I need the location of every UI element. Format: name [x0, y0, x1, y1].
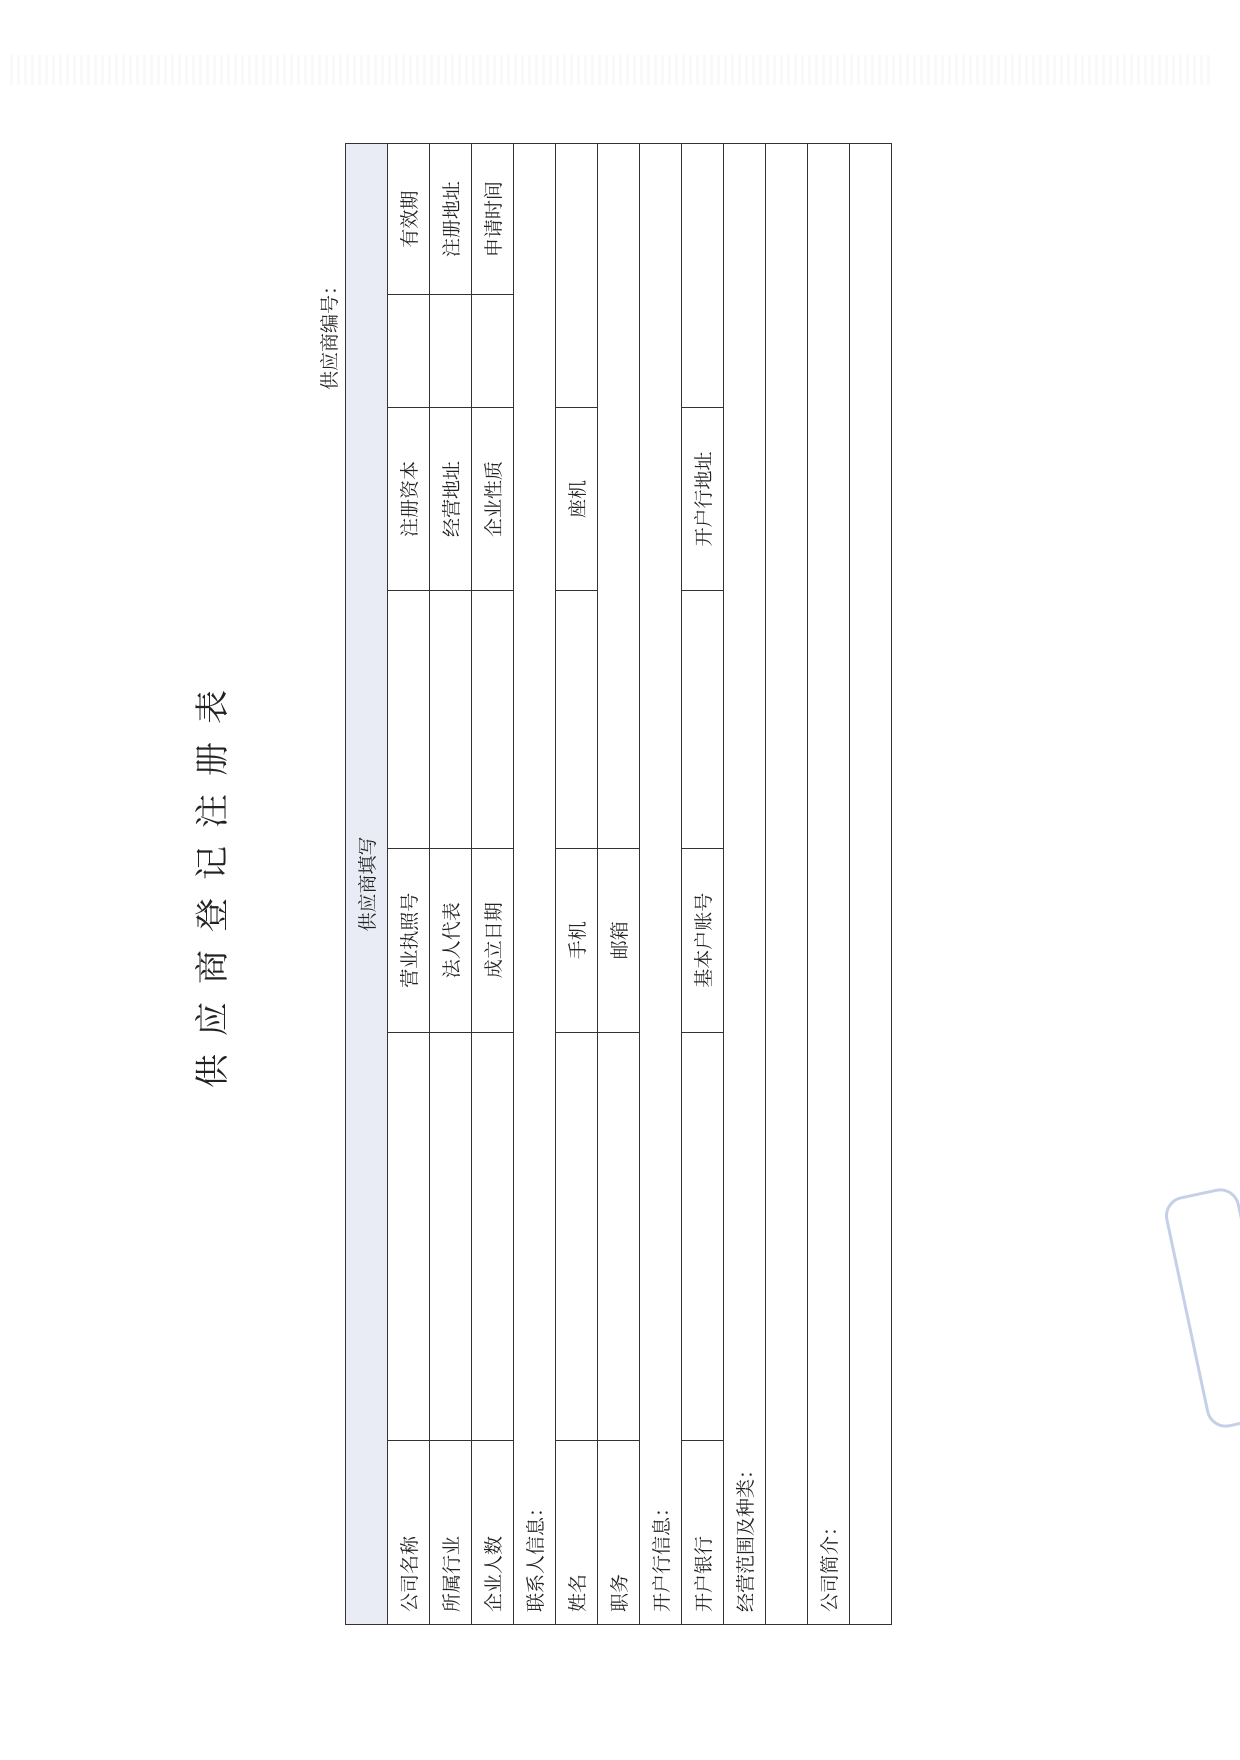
- table-row: [850, 144, 892, 1625]
- legal-rep-field[interactable]: [430, 591, 472, 849]
- label-company-name: 公司名称: [388, 1441, 430, 1625]
- registration-form-table: 供应商填写 公司名称 营业执照号 注册资本 有效期 所属行业 法人代表 经营地址…: [345, 143, 892, 1625]
- table-row: [766, 144, 808, 1625]
- position-field[interactable]: [598, 1032, 640, 1441]
- table-row: 公司简介：: [808, 144, 850, 1625]
- label-account-no: 基本户账号: [682, 848, 724, 1032]
- label-bank: 开户银行: [682, 1441, 724, 1625]
- account-no-field[interactable]: [682, 591, 724, 849]
- founded-date-field[interactable]: [472, 591, 514, 849]
- table-row: 姓名 手机 座机: [556, 144, 598, 1625]
- label-valid-period: 有效期: [388, 144, 430, 295]
- label-bank-address: 开户行地址: [682, 407, 724, 591]
- table-row: 企业人数 成立日期 企业性质 申请时间: [472, 144, 514, 1625]
- bank-section-label: 开户行信息：: [640, 144, 682, 1625]
- company-intro-label: 公司简介：: [808, 144, 850, 1625]
- business-scope-label: 经营范围及种类：: [724, 144, 766, 1625]
- biz-address-field[interactable]: [430, 295, 472, 408]
- table-row: 所属行业 法人代表 经营地址 注册地址: [430, 144, 472, 1625]
- label-mobile: 手机: [556, 848, 598, 1032]
- label-license-no: 营业执照号: [388, 848, 430, 1032]
- label-apply-time: 申请时间: [472, 144, 514, 295]
- label-reg-capital: 注册资本: [388, 407, 430, 591]
- bank-address-field[interactable]: [682, 144, 724, 408]
- table-row: 经营范围及种类：: [724, 144, 766, 1625]
- label-position: 职务: [598, 1441, 640, 1625]
- reg-capital-field[interactable]: [388, 295, 430, 408]
- table-row: 开户银行 基本户账号 开户行地址: [682, 144, 724, 1625]
- label-employees: 企业人数: [472, 1441, 514, 1625]
- label-biz-address: 经营地址: [430, 407, 472, 591]
- label-name: 姓名: [556, 1441, 598, 1625]
- mobile-field[interactable]: [556, 591, 598, 849]
- table-row: 开户行信息：: [640, 144, 682, 1625]
- name-field[interactable]: [556, 1032, 598, 1441]
- table-row: 职务 邮箱: [598, 144, 640, 1625]
- employees-field[interactable]: [472, 1032, 514, 1441]
- table-row: 联系人信息：: [514, 144, 556, 1625]
- label-email: 邮箱: [598, 848, 640, 1032]
- bank-field[interactable]: [682, 1032, 724, 1441]
- landline-field[interactable]: [556, 144, 598, 408]
- company-intro-field[interactable]: [850, 144, 892, 1625]
- table-row: 公司名称 营业执照号 注册资本 有效期: [388, 144, 430, 1625]
- company-name-field[interactable]: [388, 1032, 430, 1441]
- license-no-field[interactable]: [388, 591, 430, 849]
- scan-artifact: [10, 55, 1210, 85]
- label-reg-address: 注册地址: [430, 144, 472, 295]
- contact-section-label: 联系人信息：: [514, 144, 556, 1625]
- label-landline: 座机: [556, 407, 598, 591]
- label-legal-rep: 法人代表: [430, 848, 472, 1032]
- label-industry: 所属行业: [430, 1441, 472, 1625]
- email-field[interactable]: [598, 144, 640, 849]
- page-title: 供应商登记注册表: [185, 90, 234, 1670]
- label-company-type: 企业性质: [472, 407, 514, 591]
- company-type-field[interactable]: [472, 295, 514, 408]
- stamp-mark: [1161, 1185, 1240, 1432]
- industry-field[interactable]: [430, 1032, 472, 1441]
- label-founded-date: 成立日期: [472, 848, 514, 1032]
- rotated-form-page: 供应商登记注册表 供应商编号： 供应商填写 公司名称 营业执照号 注册资本 有效…: [80, 90, 1160, 1670]
- supplier-number-label: 供应商编号：: [315, 276, 342, 390]
- section-header: 供应商填写: [346, 144, 388, 1625]
- business-scope-field[interactable]: [766, 144, 808, 1625]
